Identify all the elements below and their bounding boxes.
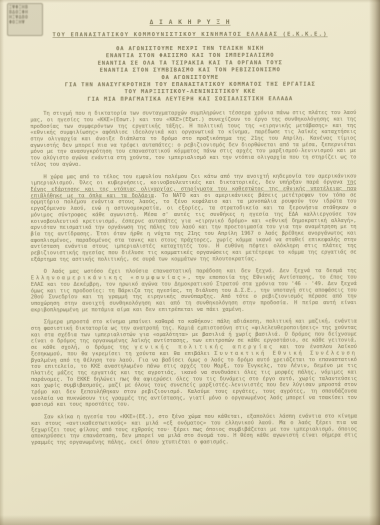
document-title: Δ Ι Α Κ Η Ρ Υ Ξ Η: [0, 18, 380, 26]
body-paragraph: Ο λαός μας ωστόσο έχει πλούσια επαναστατ…: [31, 268, 357, 313]
text-segment-normal: Η χώρα μας από το τέλος του εμφυλίου πολ…: [30, 173, 356, 186]
body-paragraph: Σήμερα μπροστά στο κίνημα μπαίνει καθαρά…: [31, 318, 357, 408]
text-segment-normal: Τη στιγμή που η δικτατορία των συνταγματ…: [30, 110, 356, 168]
document-content: Δ Ι Α Κ Η Ρ Υ Ξ Η ΤΟΥ ΕΠΑΝΑΣΤΑΤΙΚΟΥ ΚΟΜΜ…: [0, 0, 380, 525]
slogan-line: ΓΙΑ ΜΙΑ ΠΡΑΓΜΑΤΙΚΑ ΛΕΥΤΕΡΗ ΚΑΙ ΣΟΣΙΑΛΙΣΤ…: [0, 95, 380, 103]
document-subtitle: ΤΟΥ ΕΠΑΝΑΣΤΑΤΙΚΟΥ ΚΟΜΜΟΥΝΙΣΤΙΚΟΥ ΚΙΝΗΜΑΤ…: [0, 31, 380, 38]
body-paragraph: Η χώρα μας από το τέλος του εμφυλίου πολ…: [30, 173, 356, 263]
scanned-document-page: ΞΨΦΞΗΒΒΔΘΞΦΗΗΞΨΔΒΘΦΘΞΗΨ Δ Ι Α Κ Η Ρ Υ Ξ …: [0, 0, 380, 525]
body-text: Τη στιγμή που η δικτατορία των συνταγματ…: [30, 110, 357, 446]
text-segment-normal: . Το ΝΑΤΟ και οι αμερικάνικες βάσεις μετ…: [31, 192, 357, 262]
paper-edge-bottom-shadow: [0, 515, 380, 525]
text-segment-normal: βγαλμένη από τη θέληση του λαού. Για να …: [31, 356, 357, 407]
body-paragraph: Σαν κλίκα η ηγεσία του «ΚΚΕ»(Εξ.), στο ξ…: [31, 413, 357, 446]
slogan-block: ΘΑ ΑΓΩΝΙΣΤΟΥΜΕ ΜΕΧΡΙ ΤΗΝ ΤΕΛΙΚΗ ΝΙΚΗΕΝΑΝ…: [0, 45, 380, 104]
paper-edge-right-shadow: [369, 0, 380, 525]
body-paragraph: Τη στιγμή που η δικτατορία των συνταγματ…: [30, 110, 356, 168]
text-segment-normal: Σαν κλίκα η ηγεσία του «ΚΚΕ»(Εξ.), στο ξ…: [31, 413, 357, 445]
